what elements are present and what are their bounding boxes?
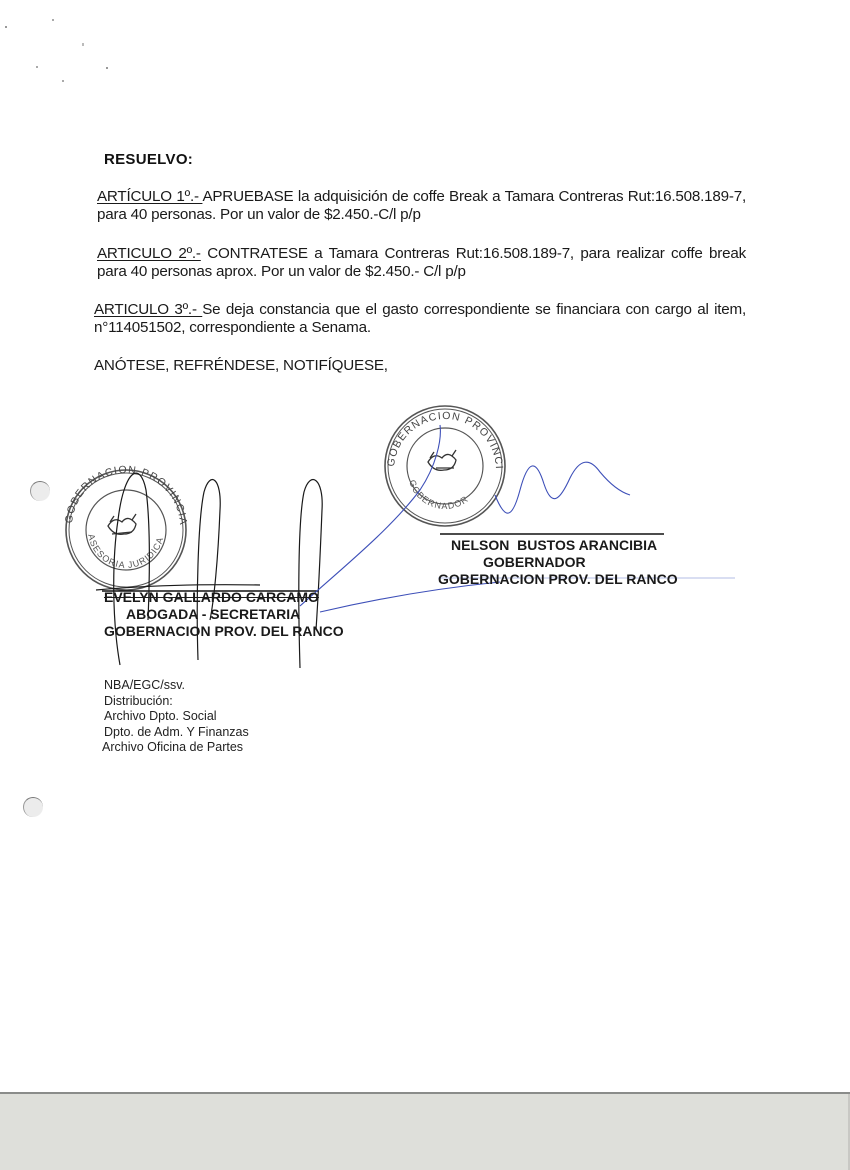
signatures-and-stamps: GOBERNACION PROVINCIAL DEL RANCO GOBERNA… [0,0,850,1170]
punch-hole-bottom [23,797,43,817]
coat-of-arms-icon [428,450,456,470]
scan-specks [0,0,150,100]
stamp-governor [385,406,505,526]
distribution-label: Distribución: [104,694,249,710]
article-2: ARTICULO 2º.- CONTRATESE a Tamara Contre… [97,245,746,281]
closing-formula: ANÓTESE, REFRÉNDESE, NOTIFÍQUESE, [94,357,388,375]
svg-text:ASESORIA JURIDICA: ASESORIA JURIDICA [86,533,165,570]
svg-text:GOBERNADOR: GOBERNADOR [407,478,470,511]
article-3-label: ARTICULO 3º.- [94,301,202,318]
article-1-label: ARTÍCULO 1º.- [97,188,202,205]
article-2-label: ARTICULO 2º.- [97,245,201,262]
signatory-left-title: ABOGADA - SECRETARIA [126,606,300,623]
distribution-recipient: Archivo Dpto. Social [104,709,249,725]
signatory-right-title: GOBERNADOR [483,554,586,571]
signatory-left-org: GOBERNACION PROV. DEL RANCO [104,623,344,640]
signatory-right-org: GOBERNACION PROV. DEL RANCO [438,571,678,588]
signatory-left-name: EVELYN GALLARDO CARCAMO [104,589,319,606]
distribution-recipient: Archivo Oficina de Partes [102,740,249,756]
distribution-block: NBA/EGC/ssv. Distribución: Archivo Dpto.… [104,678,249,756]
article-3: ARTICULO 3º.- Se deja constancia que el … [94,301,746,337]
signatory-right-name: NELSON BUSTOS ARANCIBIA [451,537,657,554]
article-1: ARTÍCULO 1º.- APRUEBASE la adquisición d… [97,188,746,224]
initials: NBA/EGC/ssv. [104,678,249,694]
coat-of-arms-icon [108,514,136,534]
punch-hole-top [30,481,50,501]
resolution-heading: RESUELVO: [104,151,193,168]
distribution-recipient: Dpto. de Adm. Y Finanzas [104,725,249,741]
stamp-legal-advisory [66,470,186,590]
scanner-edge-band [0,1092,850,1170]
